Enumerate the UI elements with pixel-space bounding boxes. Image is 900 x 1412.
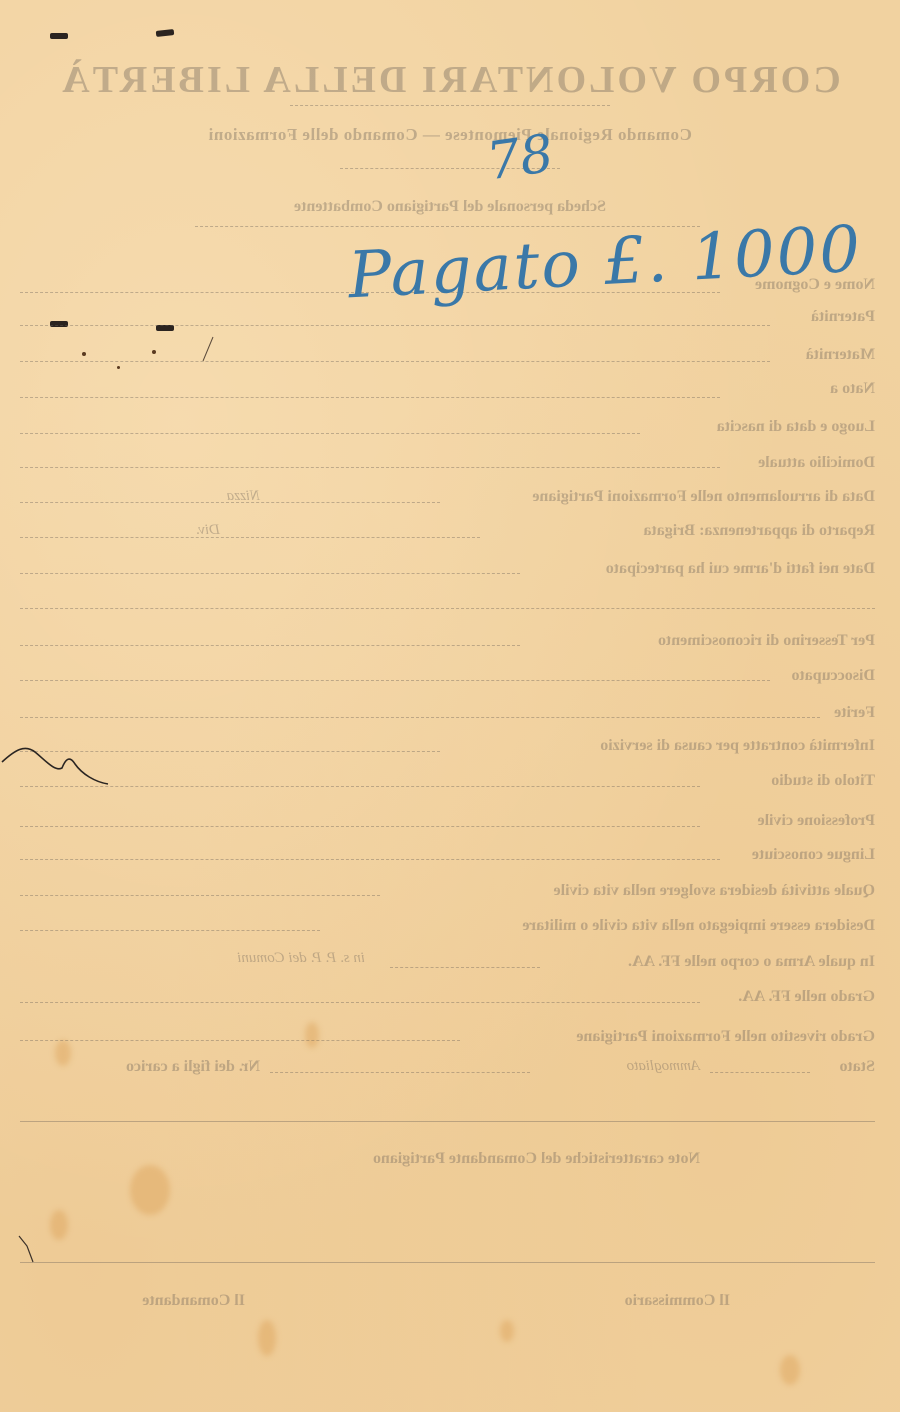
field-label: Data di arruolamento nelle Formazioni Pa… (532, 488, 875, 506)
field-label: Lingue conosciute (752, 846, 875, 864)
field-label: Disoccupato (791, 667, 875, 685)
footer-note: Note caratteristiche del Comandante Part… (373, 1150, 700, 1168)
field-label: Nr. dei figli a carico (126, 1058, 260, 1076)
field-label: Professione civile (758, 812, 875, 830)
field-label: Maternità (806, 346, 875, 364)
field-label: Domicilio attuale (758, 454, 875, 472)
handwritten-reference-number: 78 (483, 124, 557, 193)
signature-label-right: Il Commissario (625, 1292, 730, 1310)
field-label: Reparto di appartenenza: Brigata (643, 522, 875, 540)
field-label: Per Tesserino di riconoscimento (658, 632, 875, 650)
field-label: Paternità (811, 308, 875, 326)
pencil-mark (15, 1232, 55, 1272)
field-value: Ammogliato (627, 1058, 700, 1075)
field-value: in s. P. P. dei Comuni (237, 950, 365, 967)
field-label: Date nei fatti d'arme cui ha partecipato (606, 560, 875, 578)
organization-title: CORPO VOLONTARI DELLA LIBERTÀ (58, 58, 842, 102)
field-label: Desidera essere impiegato nella vita civ… (522, 917, 875, 935)
pen-squiggle-mark (0, 740, 115, 790)
signature-label-left: Il Comandante (142, 1292, 245, 1310)
organization-subtitle: Comando Regionale Piemontese — Comando d… (0, 125, 900, 145)
field-label: Stato (839, 1058, 875, 1076)
field-label: Quale attività desidera svolgere nella v… (554, 882, 875, 900)
field-label: Infermità contratte per causa di servizi… (600, 737, 875, 755)
pencil-mark (195, 335, 225, 365)
field-label: Nato a (830, 380, 875, 398)
field-label: Titolo di studio (771, 772, 875, 790)
bleed-through-layer: CORPO VOLONTARI DELLA LIBERTÀ Comando Re… (0, 0, 900, 1412)
section-title: Scheda personale del Partigiano Combatte… (0, 198, 900, 216)
field-label: Luogo e data di nascita (717, 418, 875, 436)
field-label: Grado rivestito nelle Formazioni Partigi… (576, 1028, 875, 1046)
field-label: Ferite (834, 704, 875, 722)
field-label: Grado nelle FF. AA. (738, 988, 875, 1006)
field-label: In quale Arma o corpo nelle FF. AA. (628, 953, 875, 971)
